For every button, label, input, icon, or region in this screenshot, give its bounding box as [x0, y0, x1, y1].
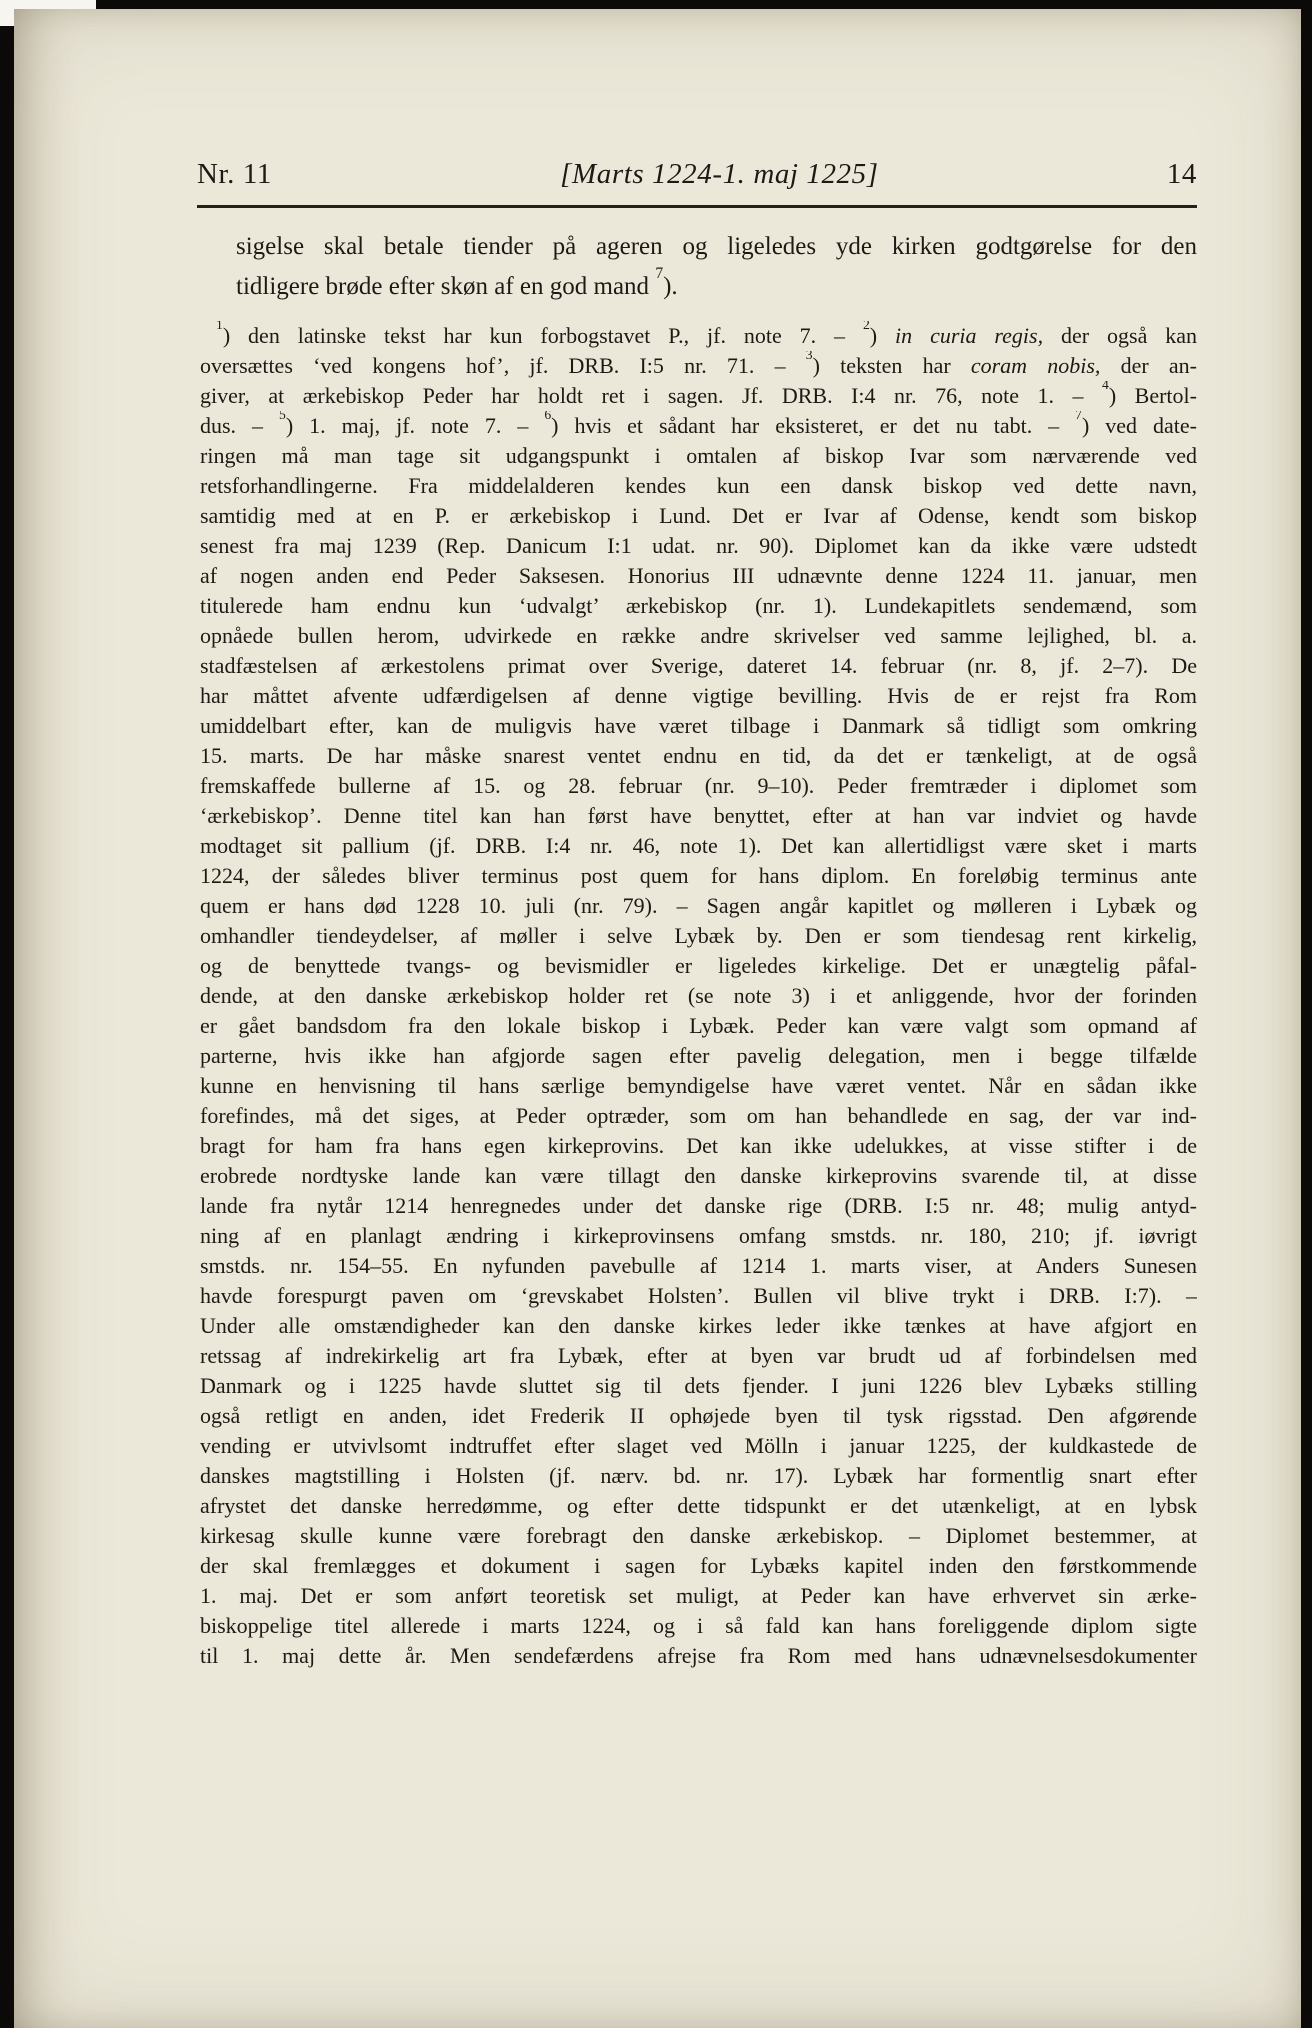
entry-number: Nr. 11 [197, 157, 272, 191]
text-line: dende, at den danske ærkebiskop holder r… [200, 981, 1197, 1011]
text-line: ning af en planlagt ændring i kirkeprovi… [200, 1221, 1197, 1251]
header-rule [197, 205, 1197, 208]
text-line: også retligt en anden, idet Frederik II … [200, 1401, 1197, 1431]
text-line: vending er utvivlsomt indtruffet efter s… [200, 1431, 1197, 1461]
text-line: afrystet det danske herredømme, og efter… [200, 1491, 1197, 1521]
text-line: modtaget sit pallium (jf. DRB. I:4 nr. 4… [200, 831, 1197, 861]
text-line: retsforhandlingerne. Fra middelalderen k… [200, 471, 1197, 501]
text-line: parterne, hvis ikke han afgjorde sagen e… [200, 1041, 1197, 1071]
text-line: sigelse skal betale tiender på ageren og… [236, 227, 1197, 267]
page-number: 14 [1167, 157, 1197, 191]
text-line: giver, at ærkebiskop Peder har holdt ret… [200, 381, 1197, 411]
text-line: smstds. nr. 154–55. En nyfunden pavebull… [200, 1251, 1197, 1281]
text-line: Danmark og i 1225 havde sluttet sig til … [200, 1371, 1197, 1401]
diplom-translation-text: sigelse skal betale tiender på ageren og… [236, 227, 1197, 307]
text-line: quem er hans død 1228 10. juli (nr. 79).… [200, 891, 1197, 921]
text-line: lande fra nytår 1214 henregnedes under d… [200, 1191, 1197, 1221]
text-line: opnåede bullen herom, udvirkede en række… [200, 621, 1197, 651]
text-line: retssag af indrekirkelig art fra Lybæk, … [200, 1341, 1197, 1371]
text-line: ‘ærkebiskop’. Denne titel kan han først … [200, 801, 1197, 831]
text-line: senest fra maj 1239 (Rep. Danicum I:1 ud… [200, 531, 1197, 561]
text-line: 1. maj. Det er som anført teoretisk set … [200, 1581, 1197, 1611]
text-line: ringen må man tage sit udgangspunkt i om… [200, 441, 1197, 471]
text-line: oversættes ‘ved kongens hof’, jf. DRB. I… [200, 351, 1197, 381]
text-line: 15. marts. De har måske snarest ventet e… [200, 741, 1197, 771]
text-line: 1) den latinske tekst har kun forbogstav… [200, 321, 1197, 351]
text-line: og de benyttede tvangs- og bevismidler e… [200, 951, 1197, 981]
running-header: Nr. 11 [Marts 1224-1. maj 1225] 14 [197, 157, 1197, 191]
text-line: bragt for ham fra hans egen kirkeprovins… [200, 1131, 1197, 1161]
text-line: havde forespurgt paven om ‘grevskabet Ho… [200, 1281, 1197, 1311]
critical-apparatus-footnotes: 1) den latinske tekst har kun forbogstav… [200, 321, 1197, 1671]
text-line: 1224, der således bliver terminus post q… [200, 861, 1197, 891]
text-line: har måttet afvente udfærdigelsen af denn… [200, 681, 1197, 711]
text-line: umiddelbart efter, kan de muligvis have … [200, 711, 1197, 741]
text-line: er gået bandsdom fra den lokale biskop i… [200, 1011, 1197, 1041]
text-line: omhandler tiendeydelser, af møller i sel… [200, 921, 1197, 951]
scan-background: Nr. 11 [Marts 1224-1. maj 1225] 14 sigel… [0, 0, 1312, 2028]
text-line: Under alle omstændigheder kan den danske… [200, 1311, 1197, 1341]
text-line: samtidig med at en P. er ærkebiskop i Lu… [200, 501, 1197, 531]
text-line: biskoppelige titel allerede i marts 1224… [200, 1611, 1197, 1641]
text-line: tidligere brøde efter skøn af en god man… [236, 267, 1197, 307]
text-line: stadfæstelsen af ærkestolens primat over… [200, 651, 1197, 681]
text-line: dus. – 5) 1. maj, jf. note 7. – 6) hvis … [200, 411, 1197, 441]
text-line: kunne en henvisning til hans særlige bem… [200, 1071, 1197, 1101]
text-line: danskes magtstilling i Holsten (jf. nærv… [200, 1461, 1197, 1491]
text-line: erobrede nordtyske lande kan være tillag… [200, 1161, 1197, 1191]
text-line: af nogen anden end Peder Saksesen. Honor… [200, 561, 1197, 591]
text-line: der skal fremlægges et dokument i sagen … [200, 1551, 1197, 1581]
text-line: kirkesag skulle kunne være forebragt den… [200, 1521, 1197, 1551]
text-line: forefindes, må det siges, at Peder optræ… [200, 1101, 1197, 1131]
text-line: fremskaffede bullerne af 15. og 28. febr… [200, 771, 1197, 801]
text-line: til 1. maj dette år. Men sendefærdens af… [200, 1641, 1197, 1671]
text-line: titulerede ham endnu kun ‘udvalgt’ ærkeb… [200, 591, 1197, 621]
book-page: Nr. 11 [Marts 1224-1. maj 1225] 14 sigel… [14, 9, 1301, 2028]
date-range: [Marts 1224-1. maj 1225] [272, 157, 1167, 191]
